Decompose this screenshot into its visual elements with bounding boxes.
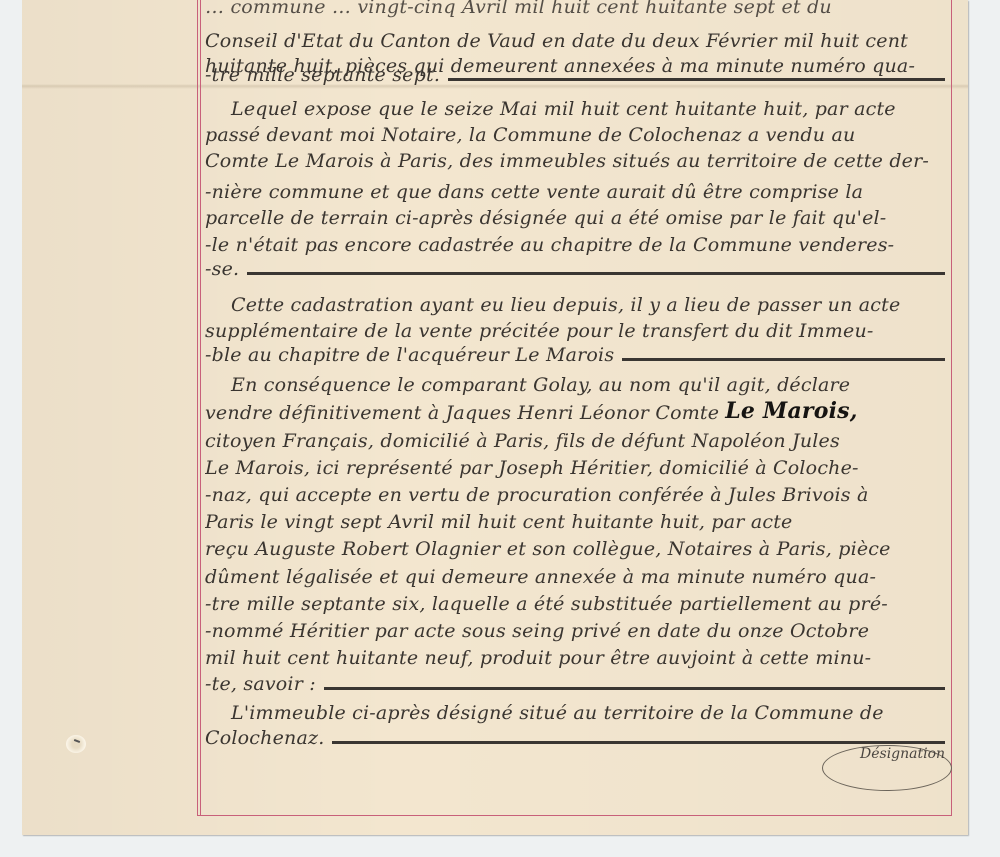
ruled-filler bbox=[324, 687, 945, 690]
text-line: -te, savoir : bbox=[205, 663, 945, 695]
ruled-filler bbox=[247, 272, 945, 275]
ruled-filler bbox=[332, 741, 945, 744]
margin-heading-designation: Désignation bbox=[860, 746, 945, 762]
text-line: Comte Le Marois à Paris, des immeubles s… bbox=[205, 140, 945, 172]
left-margin-line-outer bbox=[197, 0, 198, 815]
text-line-cut: … commune … vingt-cinq Avril mil huit ce… bbox=[205, 0, 945, 18]
ruled-filler bbox=[448, 78, 945, 81]
ruled-filler bbox=[622, 358, 945, 361]
left-margin-line-inner bbox=[200, 0, 201, 815]
bottom-margin-line bbox=[197, 815, 952, 816]
text-line: Colochenaz. bbox=[205, 717, 945, 749]
text-line: -se. bbox=[205, 248, 945, 280]
text-line: -ble au chapitre de l'acquéreur Le Maroi… bbox=[205, 334, 945, 366]
right-margin-line bbox=[951, 0, 952, 815]
text-line: -tre mille septante sept. bbox=[205, 54, 945, 86]
punch-hole bbox=[66, 735, 86, 753]
